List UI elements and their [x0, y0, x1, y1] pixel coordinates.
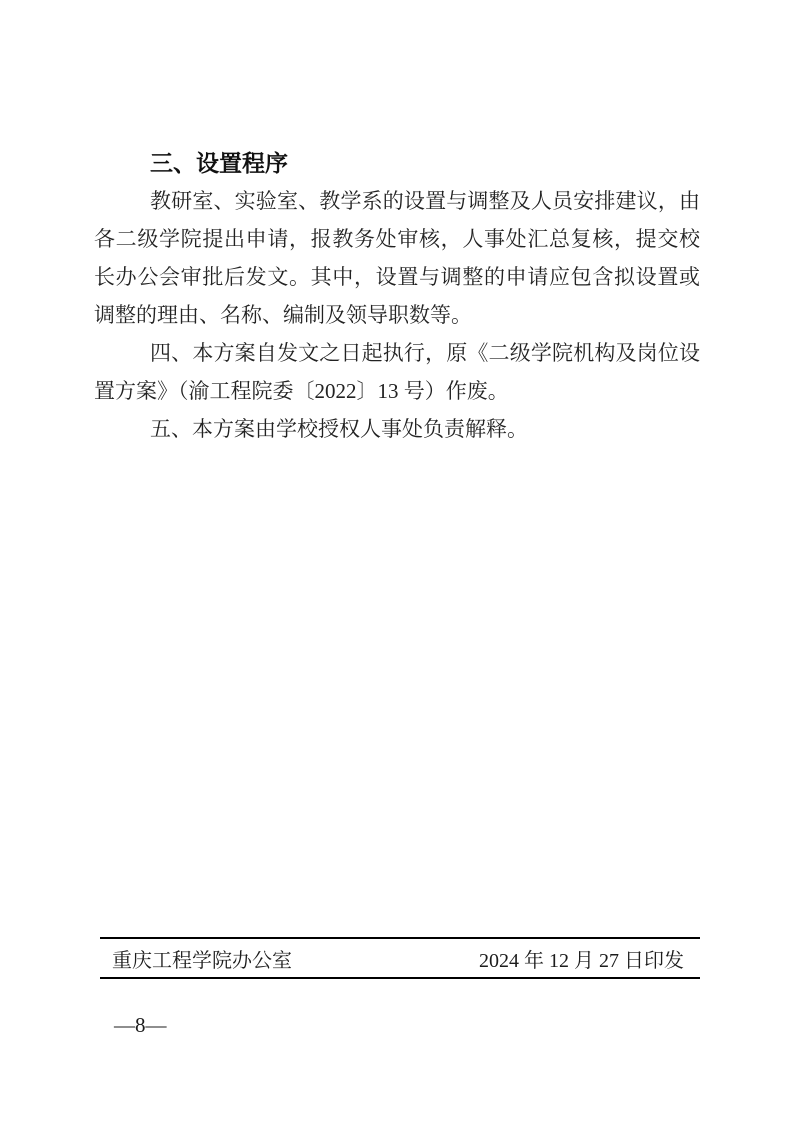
- page-number: —8—: [114, 1012, 167, 1038]
- paragraph-effective-date: 四、本方案自发文之日起执行，原《二级学院机构及岗位设置方案》（渝工程院委〔202…: [94, 334, 700, 410]
- issuing-office: 重庆工程学院办公室: [112, 944, 292, 973]
- document-body: 三、设置程序 教研室、实验室、教学系的设置与调整及人员安排建议，由各二级学院提出…: [94, 144, 700, 448]
- print-date: 2024 年 12 月 27 日印发: [479, 944, 684, 973]
- paragraph-interpretation: 五、本方案由学校授权人事处负责解释。: [94, 410, 700, 448]
- section-heading: 三、设置程序: [94, 144, 700, 182]
- paragraph-setup-procedure: 教研室、实验室、教学系的设置与调整及人员安排建议，由各二级学院提出申请，报教务处…: [94, 182, 700, 334]
- document-page: 三、设置程序 教研室、实验室、教学系的设置与调整及人员安排建议，由各二级学院提出…: [0, 0, 794, 1122]
- colophon: 重庆工程学院办公室 2024 年 12 月 27 日印发: [100, 937, 700, 979]
